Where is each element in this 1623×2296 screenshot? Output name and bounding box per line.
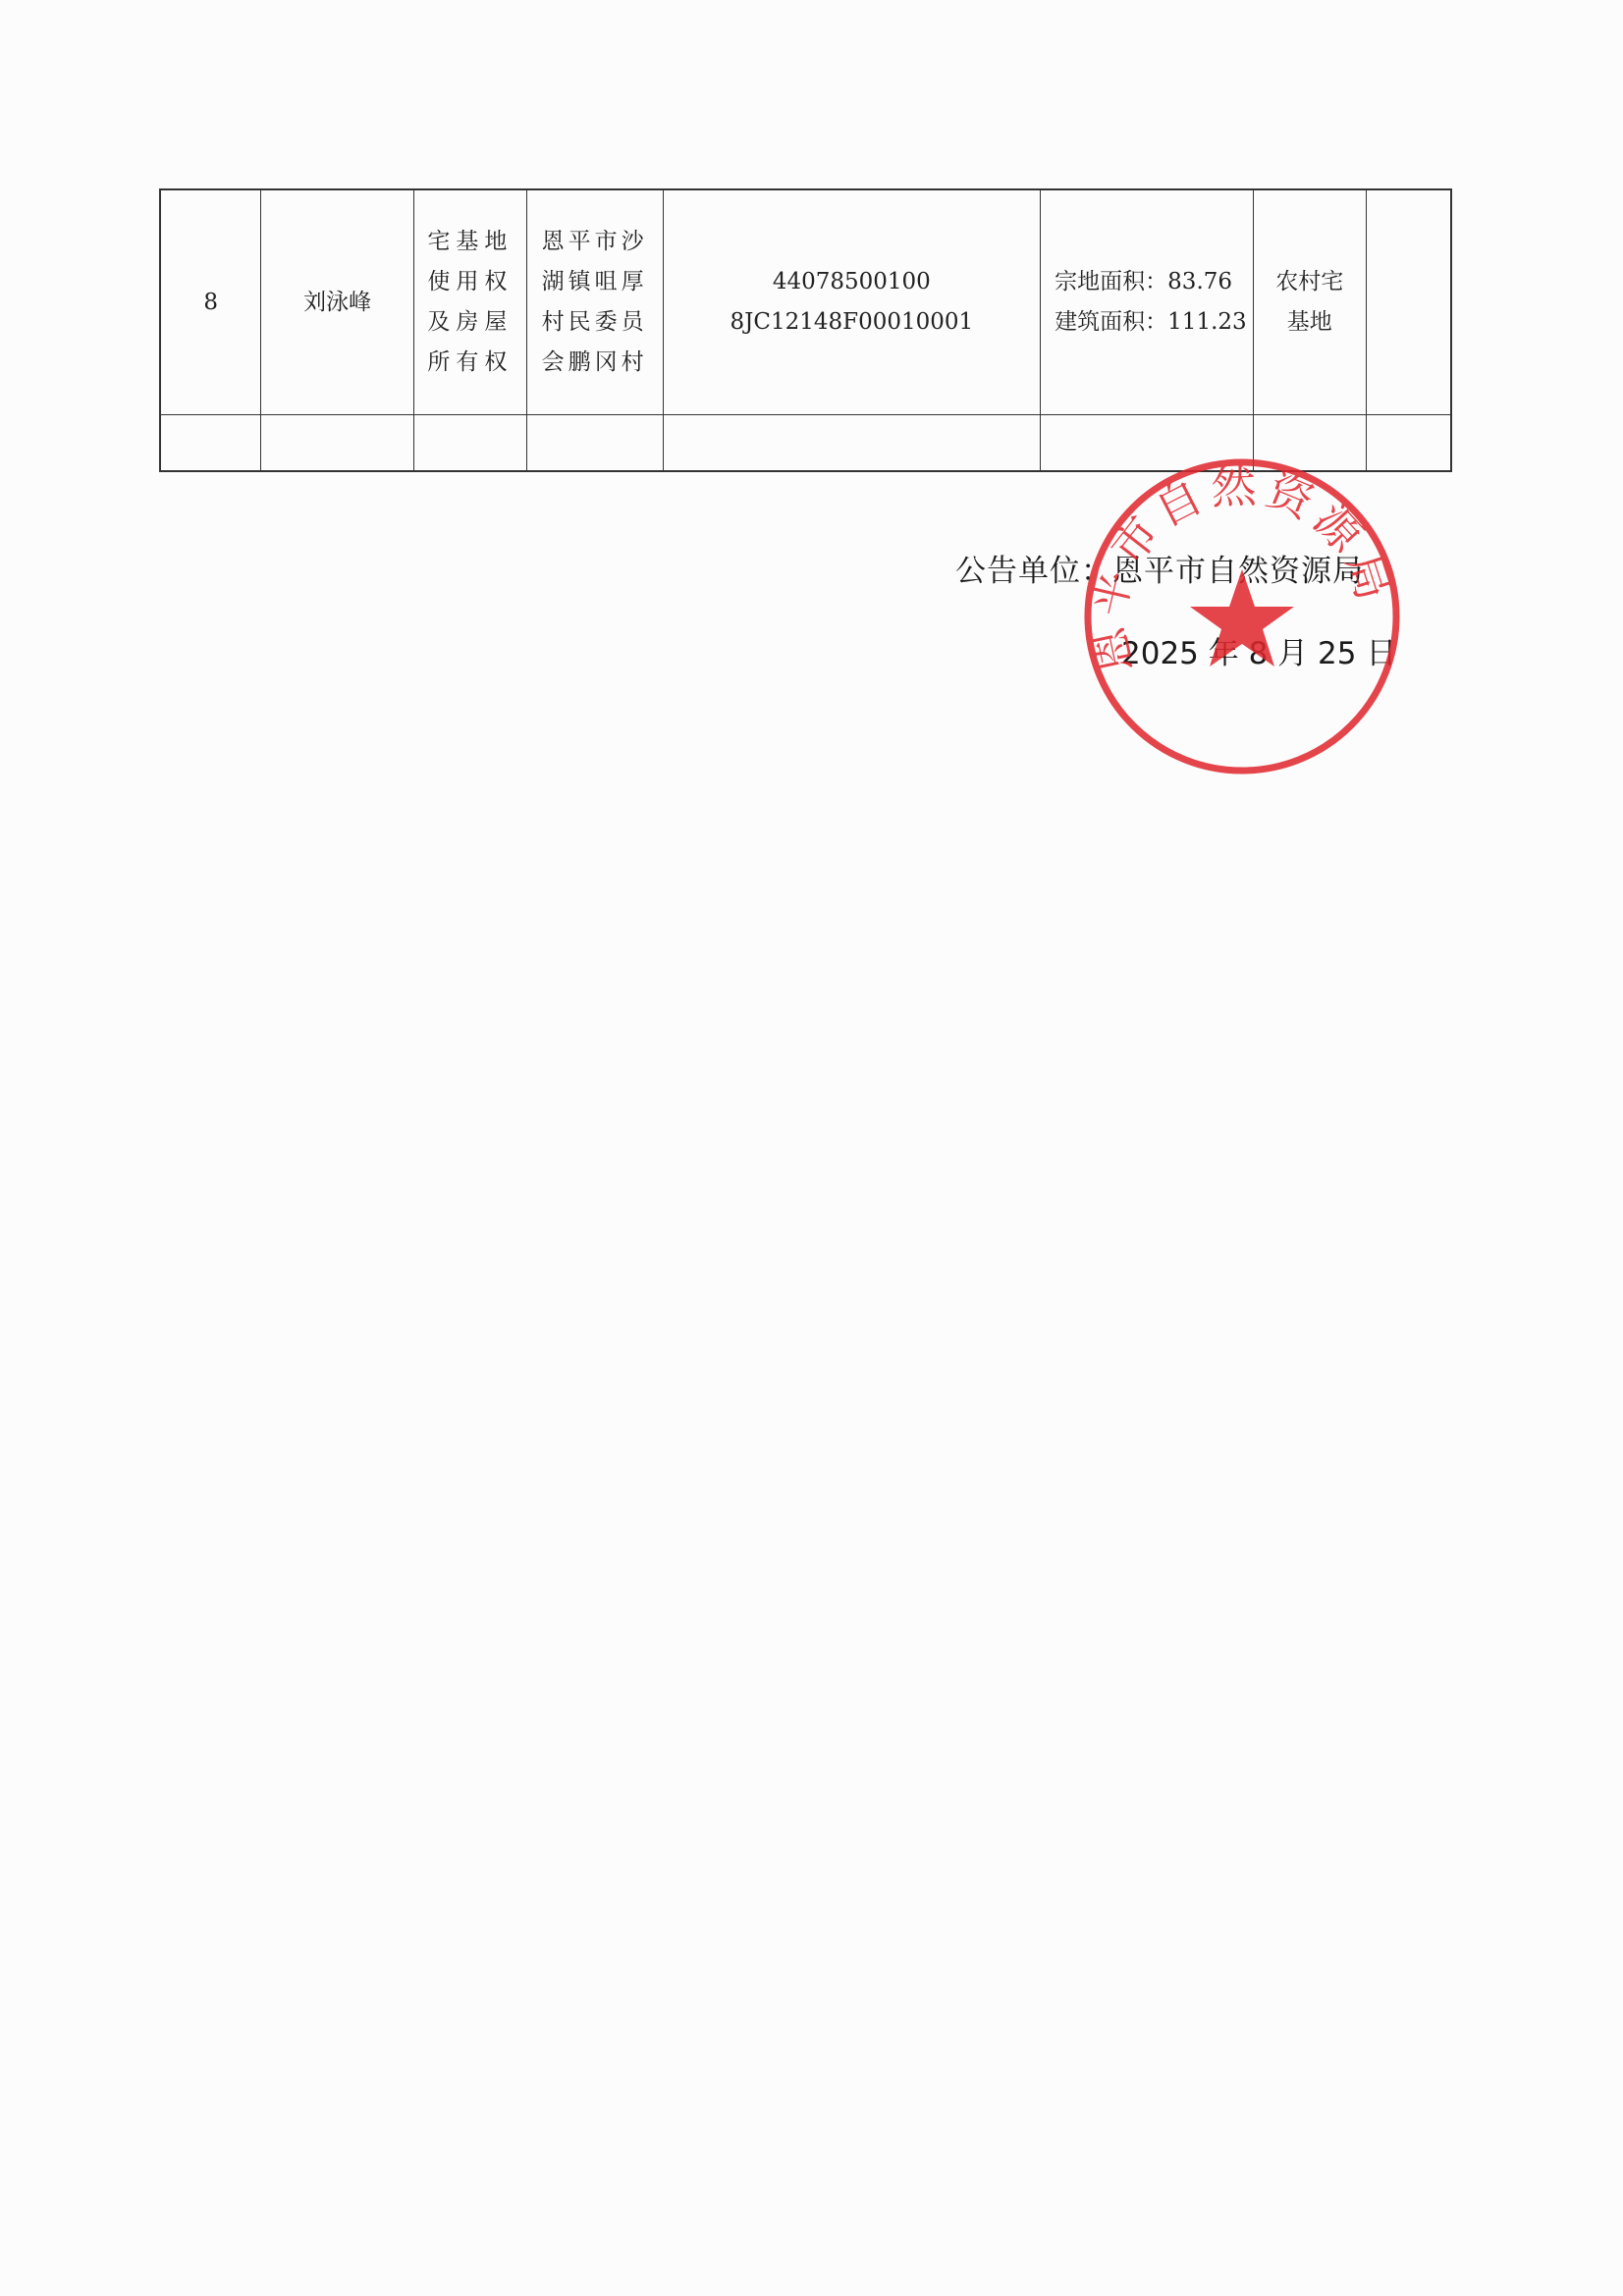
cell-location: 恩平市沙湖镇咀厚村民委员会鹏冈村 (526, 189, 663, 415)
table-row: 8 刘泳峰 宅基地使用权及房屋所有权 恩平市沙湖镇咀厚村民委员会鹏冈村 4407… (160, 189, 1451, 415)
building-area: 建筑面积：111.23 (1055, 302, 1253, 343)
cell-name: 刘泳峰 (261, 189, 414, 415)
empty-cell (160, 415, 261, 472)
cell-right-type: 宅基地使用权及房屋所有权 (413, 189, 526, 415)
empty-cell (526, 415, 663, 472)
land-area: 宗地面积：83.76 (1055, 262, 1253, 302)
empty-cell (413, 415, 526, 472)
cell-remark (1366, 189, 1451, 415)
empty-cell (261, 415, 414, 472)
cell-usage: 农村宅基地 (1253, 189, 1366, 415)
svg-text:恩平市自然资源局: 恩平市自然资源局 (1080, 459, 1402, 678)
empty-cell (663, 415, 1041, 472)
cell-unit-number: 44078500100 8JC12148F00010001 (663, 189, 1041, 415)
rights-table: 8 刘泳峰 宅基地使用权及房屋所有权 恩平市沙湖镇咀厚村民委员会鹏冈村 4407… (159, 188, 1452, 472)
official-seal-icon: 恩平市自然资源局 (1080, 452, 1404, 780)
cell-area: 宗地面积：83.76 建筑面积：111.23 (1041, 189, 1254, 415)
cell-index: 8 (160, 189, 261, 415)
